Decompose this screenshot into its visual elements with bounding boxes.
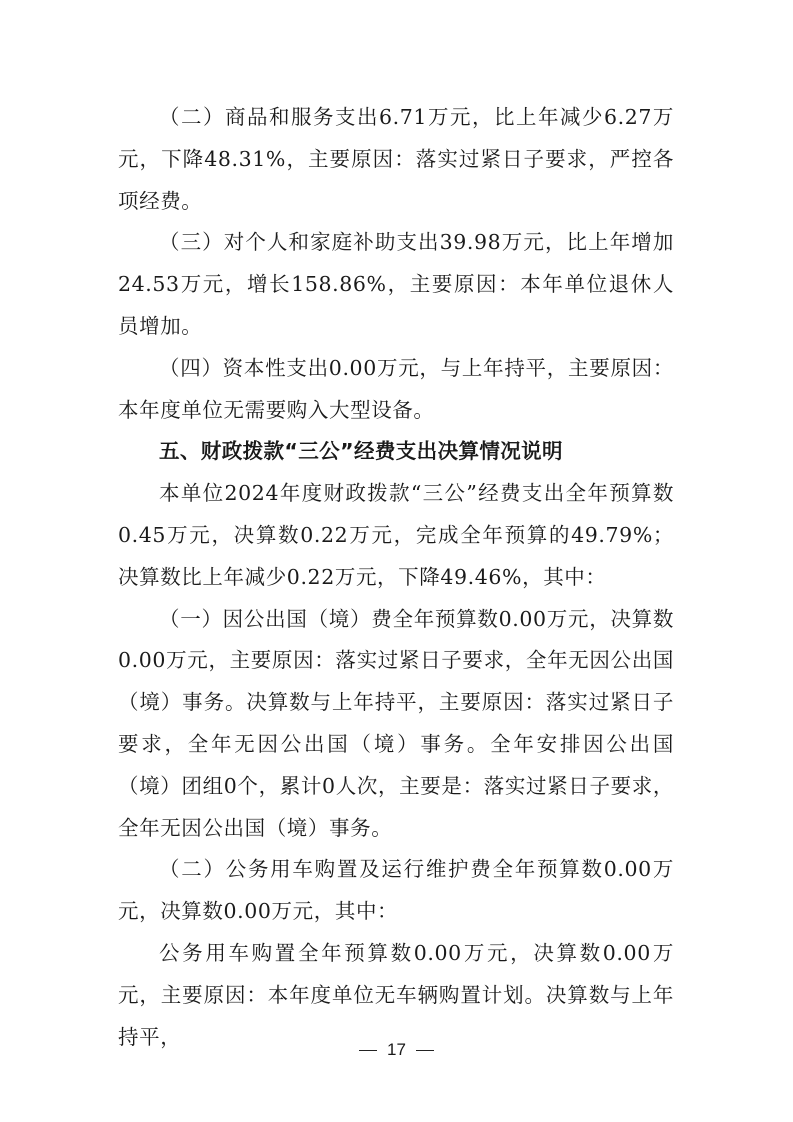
paragraph-official-vehicle-expenses: （二）公务用车购置及运行维护费全年预算数0.00万元，决算数0.00万元，其中： [118, 849, 674, 933]
paragraph-household-subsidy-expenditure: （三）对个人和家庭补助支出39.98万元，比上年增加24.53万元，增长158.… [118, 222, 674, 347]
paragraph-overseas-travel-expenses: （一）因公出国（境）费全年预算数0.00万元，决算数0.00万元，主要原因：落实… [118, 599, 674, 850]
dash-right-decoration [416, 1050, 434, 1051]
page-number: 17 [387, 1040, 406, 1059]
dash-left-decoration [359, 1050, 377, 1051]
document-body: （二）商品和服务支出6.71万元，比上年减少6.27万元，下降48.31%，主要… [118, 97, 674, 1058]
paragraph-capital-expenditure: （四）资本性支出0.00万元，与上年持平，主要原因：本年度单位无需要购入大型设备… [118, 348, 674, 432]
section-heading-three-public-expenses: 五、财政拨款“三公”经费支出决算情况说明 [118, 431, 674, 473]
paragraph-goods-services-expenditure: （二）商品和服务支出6.71万元，比上年减少6.27万元，下降48.31%，主要… [118, 97, 674, 222]
page-footer: 17 [0, 1040, 793, 1060]
document-page: （二）商品和服务支出6.71万元，比上年减少6.27万元，下降48.31%，主要… [0, 0, 793, 1122]
paragraph-three-public-summary: 本单位2024年度财政拨款“三公”经费支出全年预算数0.45万元，决算数0.22… [118, 473, 674, 598]
